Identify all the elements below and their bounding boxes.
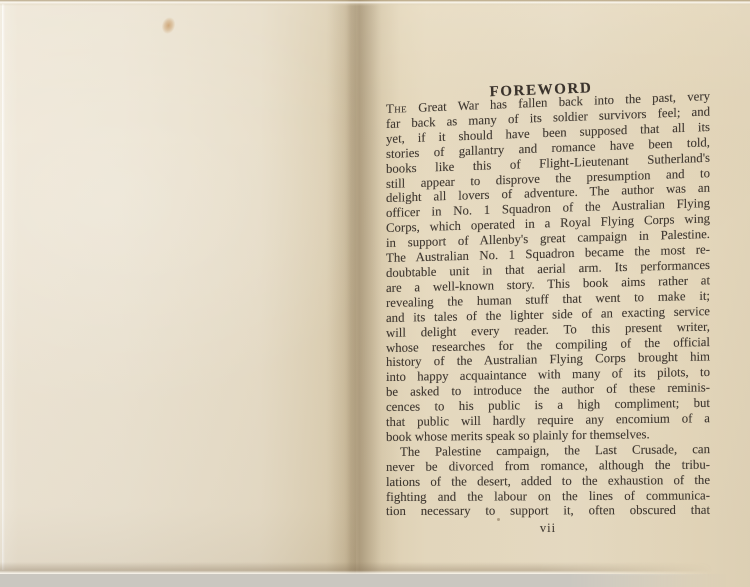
page-top-edge (0, 0, 750, 6)
text-line: never be divorced from romance, although… (386, 457, 710, 474)
smallcaps-lead: The (386, 101, 407, 116)
foreword-text-column: FOREWORD The Great War has fallen back i… (386, 81, 710, 519)
text-line: tion necessary to support it, often obsc… (386, 503, 710, 519)
left-page (0, 0, 356, 576)
text-line: lations of the desert, added to the exha… (386, 473, 710, 490)
table-surface (0, 574, 750, 587)
foreword-text: The Great War has fallen back into the p… (386, 102, 710, 519)
page-curvature-line (344, 0, 358, 587)
text-line: fighting and the labour on the lines of … (386, 488, 710, 504)
book-photo: FOREWORD The Great War has fallen back i… (0, 0, 750, 587)
page-number: vii (386, 521, 710, 536)
foxing-stain (160, 15, 178, 35)
ink-speck (497, 518, 500, 521)
page-fore-edge (2, 4, 5, 570)
